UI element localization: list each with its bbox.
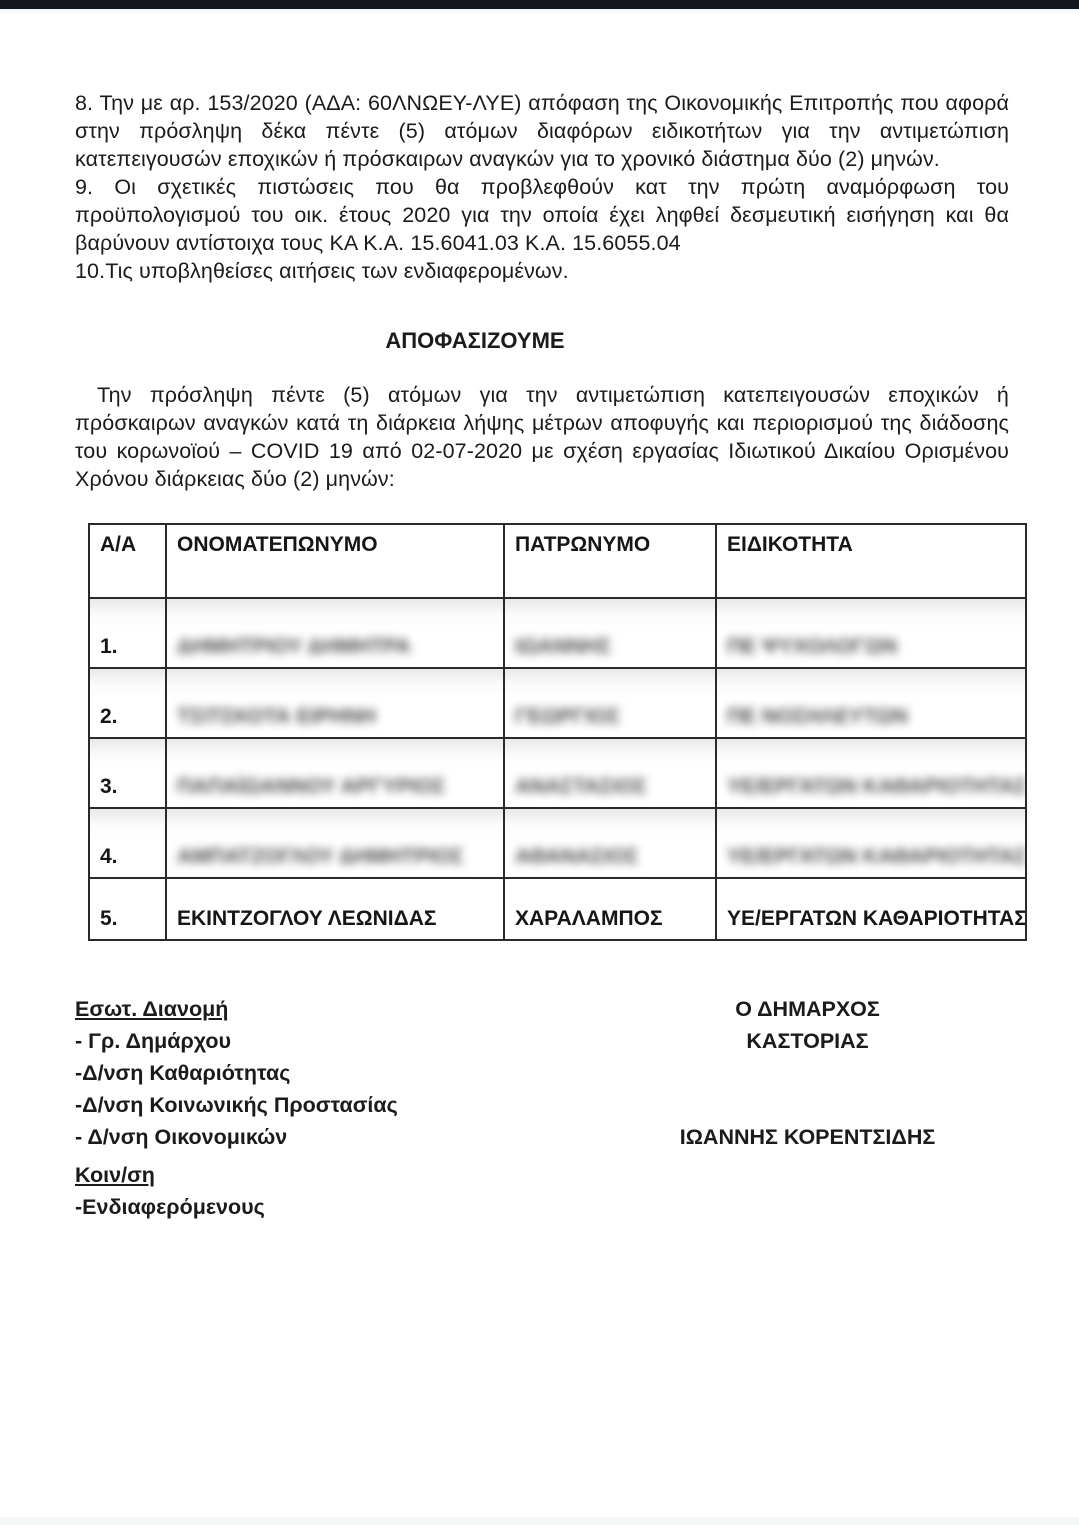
table-row: 3. ΠΑΠΑΪΩΑΝΝΟΥ ΑΡΓΥΡΙΟΣ ΑΝΑΣΤΑΣΙΟΣ ΥΕ/ΕΡ…	[89, 738, 1026, 808]
cell-specialty: ΥΕ/ΕΡΓΑΤΩΝ ΚΑΘΑΡΙΟΤΗΤΑΣ	[716, 878, 1026, 940]
blurred-specialty: ΥΕ/ΕΡΓΑΤΩΝ ΚΑΘΑΡΙΟΤΗΤΑΣ	[727, 775, 1026, 798]
cell-name: ΤΣΙΤΣΚΟΤΑ ΕΙΡΗΝΗ	[166, 668, 504, 738]
paragraph-8: 8. Την με αρ. 153/2020 (ΑΔΑ: 60ΛΝΩΕΥ-ΛΥΕ…	[75, 89, 1009, 173]
cell-specialty: ΥΕ/ΕΡΓΑΤΩΝ ΚΑΘΑΡΙΟΤΗΤΑΣ	[716, 738, 1026, 808]
paragraph-9: 9. Οι σχετικές πιστώσεις που θα προβλεφθ…	[75, 173, 1009, 257]
header-cell-name: ΟΝΟΜΑΤΕΠΩΝΥΜΟ	[166, 524, 504, 598]
blurred-patronym: ΙΩΑΝΝΗΣ	[515, 635, 611, 658]
blurred-name: ΠΑΠΑΪΩΑΝΝΟΥ ΑΡΓΥΡΙΟΣ	[177, 775, 445, 798]
mayor-title: Ο ΔΗΜΑΡΧΟΣ ΚΑΣΤΟΡΙΑΣ	[675, 993, 940, 1057]
distribution-item: -Δ/νση Καθαριότητας	[75, 1057, 1009, 1089]
cell-number: 4.	[89, 808, 166, 878]
blurred-name: ΤΣΙΤΣΚΟΤΑ ΕΙΡΗΝΗ	[177, 705, 376, 728]
cell-patronym: ΑΘΑΝΑΣΙΟΣ	[504, 808, 716, 878]
table-row: 5. ΕΚΙΝΤΖΟΓΛΟΥ ΛΕΩΝΙΔΑΣ ΧΑΡΑΛΑΜΠΟΣ ΥΕ/ΕΡ…	[89, 878, 1026, 940]
header-cell-patronym: ΠΑΤΡΩΝΥΜΟ	[504, 524, 716, 598]
communication-heading: Κοιν/ση	[75, 1159, 1009, 1191]
cell-number: 1.	[89, 598, 166, 668]
blurred-name: ΔΗΜΗΤΡΙΟΥ ΔΗΜΗΤΡΑ	[177, 635, 411, 658]
cell-name: ΑΜΠΑΤΖΟΓΛΟΥ ΔΗΜΗΤΡΙΟΣ	[166, 808, 504, 878]
decision-heading: ΑΠΟΦΑΣΙΖΟΥΜΕ	[75, 327, 875, 355]
communication-block: Κοιν/ση -Ενδιαφερόμενους	[75, 1159, 1009, 1223]
cell-patronym: ΧΑΡΑΛΑΜΠΟΣ	[504, 878, 716, 940]
blurred-specialty: ΠΕ ΝΟΣΗΛΕΥΤΩΝ	[727, 705, 908, 728]
cell-specialty: ΥΕ/ΕΡΓΑΤΩΝ ΚΑΘΑΡΙΟΤΗΤΑΣ	[716, 808, 1026, 878]
cell-number: 5.	[89, 878, 166, 940]
decision-paragraph: Την πρόσληψη πέντε (5) ατόμων για την αν…	[75, 381, 1009, 493]
communication-item: -Ενδιαφερόμενους	[75, 1191, 1009, 1223]
cell-name: ΠΑΠΑΪΩΑΝΝΟΥ ΑΡΓΥΡΙΟΣ	[166, 738, 504, 808]
blurred-specialty: ΠΕ ΨΥΧΟΛΟΓΩΝ	[727, 635, 897, 658]
table-row: 1. ΔΗΜΗΤΡΙΟΥ ΔΗΜΗΤΡΑ ΙΩΑΝΝΗΣ ΠΕ ΨΥΧΟΛΟΓΩ…	[89, 598, 1026, 668]
table-row: 4. ΑΜΠΑΤΖΟΓΛΟΥ ΔΗΜΗΤΡΙΟΣ ΑΘΑΝΑΣΙΟΣ ΥΕ/ΕΡ…	[89, 808, 1026, 878]
blurred-name: ΑΜΠΑΤΖΟΓΛΟΥ ΔΗΜΗΤΡΙΟΣ	[177, 845, 463, 868]
header-cell-specialty: ΕΙΔΙΚΟΤΗΤΑ	[716, 524, 1026, 598]
footer-block: Εσωτ. Διανομή - Γρ. Δημάρχου -Δ/νση Καθα…	[75, 993, 1009, 1153]
top-dark-bar	[0, 0, 1079, 9]
cell-specialty: ΠΕ ΨΥΧΟΛΟΓΩΝ	[716, 598, 1026, 668]
table-header-row: Α/Α ΟΝΟΜΑΤΕΠΩΝΥΜΟ ΠΑΤΡΩΝΥΜΟ ΕΙΔΙΚΟΤΗΤΑ	[89, 524, 1026, 598]
blurred-patronym: ΓΕΩΡΓΙΟΣ	[515, 705, 620, 728]
cell-specialty: ΠΕ ΝΟΣΗΛΕΥΤΩΝ	[716, 668, 1026, 738]
header-cell-aa: Α/Α	[89, 524, 166, 598]
blurred-patronym: ΑΘΑΝΑΣΙΟΣ	[515, 845, 638, 868]
appointments-table: Α/Α ΟΝΟΜΑΤΕΠΩΝΥΜΟ ΠΑΤΡΩΝΥΜΟ ΕΙΔΙΚΟΤΗΤΑ 1…	[88, 523, 1027, 941]
cell-patronym: ΓΕΩΡΓΙΟΣ	[504, 668, 716, 738]
distribution-item: -Δ/νση Κοινωνικής Προστασίας	[75, 1089, 1009, 1121]
cell-number: 2.	[89, 668, 166, 738]
paragraph-10: 10.Τις υποβληθείσες αιτήσεις των ενδιαφε…	[75, 257, 1009, 285]
cell-name: ΔΗΜΗΤΡΙΟΥ ΔΗΜΗΤΡΑ	[166, 598, 504, 668]
cell-name: ΕΚΙΝΤΖΟΓΛΟΥ ΛΕΩΝΙΔΑΣ	[166, 878, 504, 940]
bottom-edge-strip	[0, 1517, 1079, 1525]
cell-patronym: ΑΝΑΣΤΑΣΙΟΣ	[504, 738, 716, 808]
blurred-patronym: ΑΝΑΣΤΑΣΙΟΣ	[515, 775, 647, 798]
mayor-name: ΙΩΑΝΝΗΣ ΚΟΡΕΝΤΣΙΔΗΣ	[675, 1121, 940, 1153]
cell-number: 3.	[89, 738, 166, 808]
cell-patronym: ΙΩΑΝΝΗΣ	[504, 598, 716, 668]
table-row: 2. ΤΣΙΤΣΚΟΤΑ ΕΙΡΗΝΗ ΓΕΩΡΓΙΟΣ ΠΕ ΝΟΣΗΛΕΥΤ…	[89, 668, 1026, 738]
blurred-specialty: ΥΕ/ΕΡΓΑΤΩΝ ΚΑΘΑΡΙΟΤΗΤΑΣ	[727, 845, 1026, 868]
document-page: 8. Την με αρ. 153/2020 (ΑΔΑ: 60ΛΝΩΕΥ-ΛΥΕ…	[0, 13, 1079, 1223]
